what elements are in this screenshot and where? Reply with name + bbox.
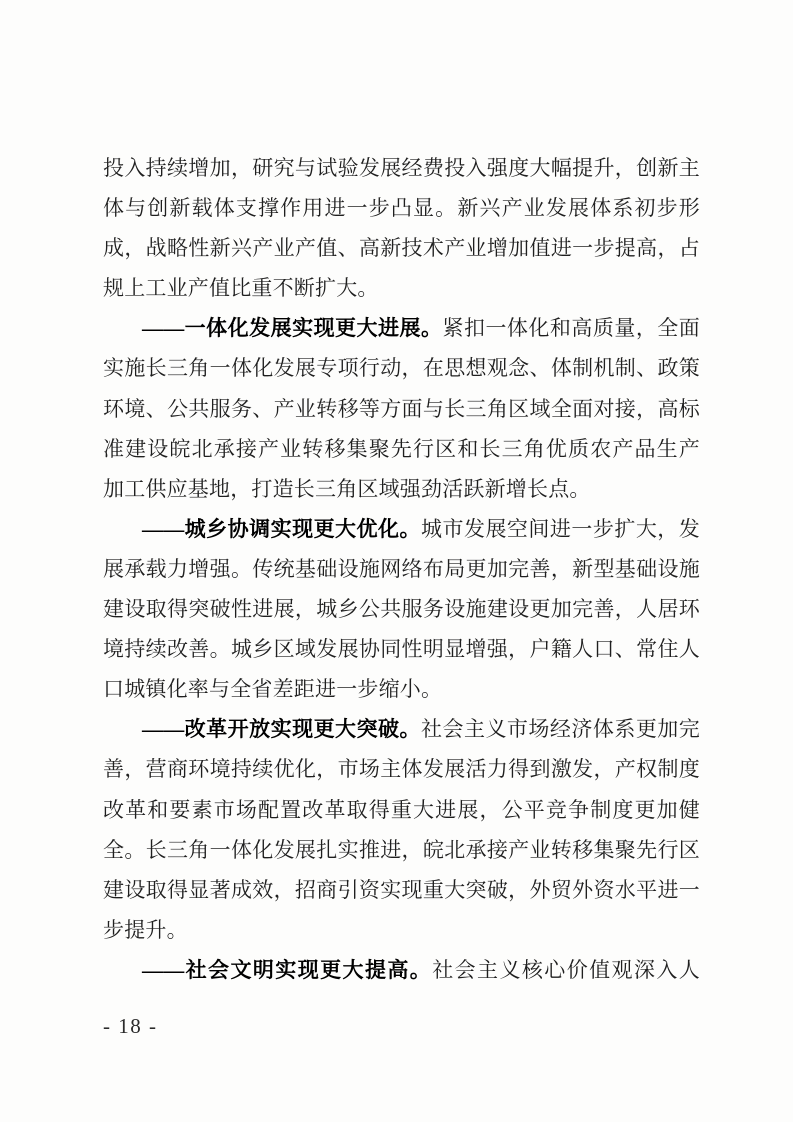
paragraph-text: 改革和要素市场配置改革取得重大进展，公平竞争制度更加健 (103, 798, 700, 822)
paragraph-text: 步提升。 (103, 918, 188, 942)
text-line: 建设取得显著成效，招商引资实现重大突破，外贸外资水平进一 (103, 870, 700, 910)
text-line: 全。长三角一体化发展扎实推进，皖北承接产业转移集聚先行区 (103, 830, 700, 870)
text-line: 加工供应基地，打造长三角区域强劲活跃新增长点。 (103, 469, 700, 509)
document-page: 投入持续增加，研究与试验发展经费投入强度大幅提升，创新主体与创新载体支撑作用进一… (0, 0, 793, 1122)
text-line: ——社会文明实现更大提高。社会主义核心价值观深入人 (103, 950, 700, 990)
text-line: 准建设皖北承接产业转移集聚先行区和长三角优质农产品生产 (103, 429, 700, 469)
paragraph-text: 善，营商环境持续优化，市场主体发展活力得到激发，产权制度 (103, 757, 700, 781)
paragraph-text: 准建设皖北承接产业转移集聚先行区和长三角优质农产品生产 (103, 437, 700, 461)
paragraph-text: 社会主义核心价值观深入人 (432, 958, 700, 982)
paragraph-lead: ——一体化发展实现更大进展。 (142, 316, 442, 340)
text-line: ——改革开放实现更大突破。社会主义市场经济体系更加完 (103, 709, 700, 749)
text-line: ——一体化发展实现更大进展。紧扣一体化和高质量，全面 (103, 308, 700, 348)
text-line: 境持续改善。城乡区域发展协同性明显增强，户籍人口、常住人 (103, 629, 700, 669)
paragraph-text: 城市发展空间进一步扩大，发 (421, 517, 700, 541)
paragraph-text: 展承载力增强。传统基础设施网络布局更加完善，新型基础设施 (103, 557, 700, 581)
paragraph-lead: ——改革开放实现更大突破。 (142, 717, 421, 741)
text-line: 环境、公共服务、产业转移等方面与长三角区域全面对接，高标 (103, 389, 700, 429)
paragraph-text: 建设取得突破性进展，城乡公共服务设施建设更加完善，人居环 (103, 597, 700, 621)
paragraph-lead: ——社会文明实现更大提高。 (142, 958, 432, 982)
text-line: 步提升。 (103, 910, 700, 950)
text-line: ——城乡协调实现更大优化。城市发展空间进一步扩大，发 (103, 509, 700, 549)
text-line: 口城镇化率与全省差距进一步缩小。 (103, 669, 700, 709)
paragraph-text: 建设取得显著成效，招商引资实现重大突破，外贸外资水平进一 (103, 878, 700, 902)
page-number: - 18 - (103, 1014, 158, 1039)
text-line: 成，战略性新兴产业产值、高新技术产业增加值进一步提高，占 (103, 228, 700, 268)
text-line: 建设取得突破性进展，城乡公共服务设施建设更加完善，人居环 (103, 589, 700, 629)
paragraph-text: 紧扣一体化和高质量，全面 (442, 316, 700, 340)
paragraph-text: 投入持续增加，研究与试验发展经费投入强度大幅提升，创新主 (103, 156, 700, 180)
text-line: 投入持续增加，研究与试验发展经费投入强度大幅提升，创新主 (103, 148, 700, 188)
paragraph-text: 加工供应基地，打造长三角区域强劲活跃新增长点。 (103, 477, 591, 501)
paragraph-text: 境持续改善。城乡区域发展协同性明显增强，户籍人口、常住人 (103, 637, 700, 661)
text-line: 善，营商环境持续优化，市场主体发展活力得到激发，产权制度 (103, 749, 700, 789)
paragraph-text: 成，战略性新兴产业产值、高新技术产业增加值进一步提高，占 (103, 236, 700, 260)
paragraph-text: 口城镇化率与全省差距进一步缩小。 (103, 677, 442, 701)
paragraph-text: 规上工业产值比重不断扩大。 (103, 276, 379, 300)
text-line: 体与创新载体支撑作用进一步凸显。新兴产业发展体系初步形 (103, 188, 700, 228)
paragraph-text: 环境、公共服务、产业转移等方面与长三角区域全面对接，高标 (103, 397, 700, 421)
paragraph-text: 体与创新载体支撑作用进一步凸显。新兴产业发展体系初步形 (103, 196, 700, 220)
text-line: 规上工业产值比重不断扩大。 (103, 268, 700, 308)
text-line: 实施长三角一体化发展专项行动，在思想观念、体制机制、政策 (103, 348, 700, 388)
paragraph-text: 社会主义市场经济体系更加完 (421, 717, 700, 741)
paragraph-lead: ——城乡协调实现更大优化。 (142, 517, 421, 541)
paragraph-text: 实施长三角一体化发展专项行动，在思想观念、体制机制、政策 (103, 356, 700, 380)
text-line: 改革和要素市场配置改革取得重大进展，公平竞争制度更加健 (103, 790, 700, 830)
text-line: 展承载力增强。传统基础设施网络布局更加完善，新型基础设施 (103, 549, 700, 589)
document-body: 投入持续增加，研究与试验发展经费投入强度大幅提升，创新主体与创新载体支撑作用进一… (103, 148, 700, 990)
paragraph-text: 全。长三角一体化发展扎实推进，皖北承接产业转移集聚先行区 (103, 838, 700, 862)
